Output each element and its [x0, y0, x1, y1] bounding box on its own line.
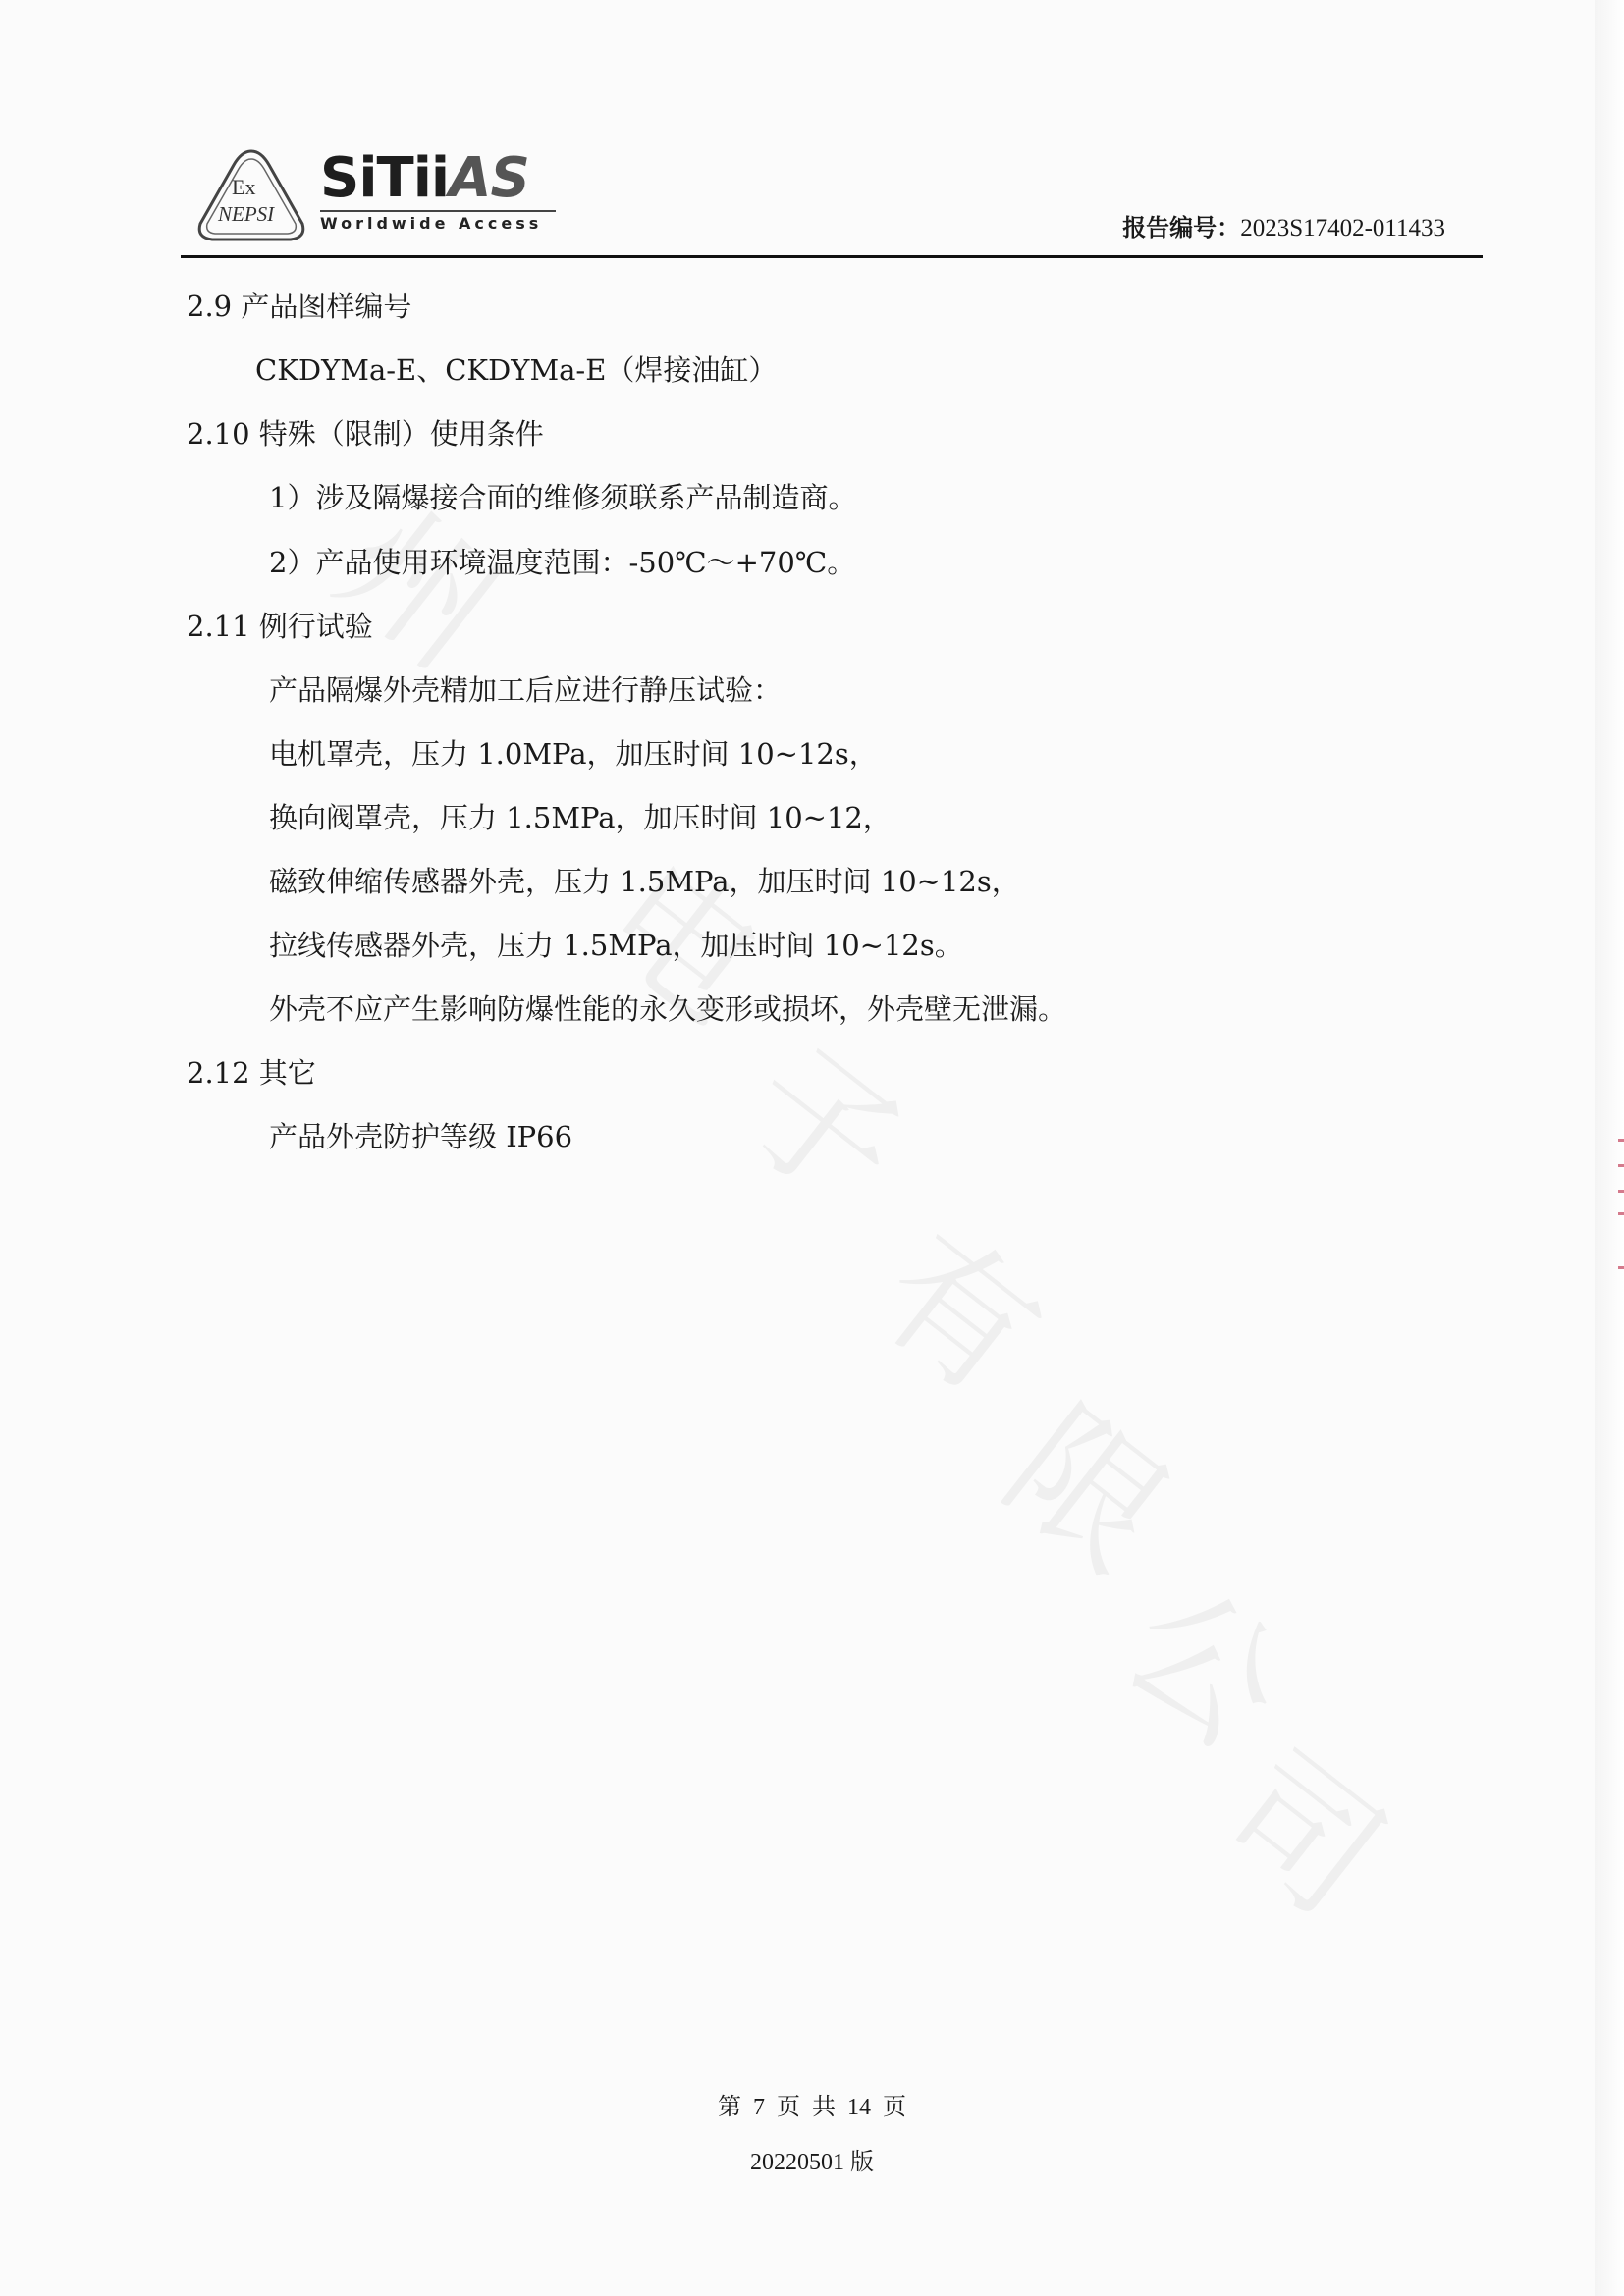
brand-name: SiTiiAS	[320, 151, 556, 206]
seal-edge-marks	[1618, 1139, 1624, 1315]
condition-item-2: 2）产品使用环境温度范围：-50℃～+70℃。	[269, 543, 855, 582]
sitiias-logo: SiTiiAS Worldwide Access	[320, 151, 556, 233]
page-number: 第 7 页 共 14 页	[0, 2087, 1624, 2121]
routine-test-item: 拉线传感器外壳，压力 1.5MPa，加压时间 10~12s。	[269, 926, 963, 965]
report-number-label: 报告编号：	[1122, 214, 1240, 241]
ex-logo-line2: NEPSI	[218, 202, 274, 227]
routine-test-item: 换向阀罩壳，压力 1.5MPa，加压时间 10~12，	[269, 798, 892, 837]
ip-rating: 产品外壳防护等级 IP66	[269, 1117, 572, 1156]
brand-name-main: SiTii	[320, 146, 449, 210]
document-version: 20220501 版	[0, 2142, 1624, 2176]
section-heading-2-12: 2.12 其它	[187, 1053, 316, 1093]
watermark-char: 限	[971, 1352, 1218, 1610]
header-divider	[181, 255, 1483, 258]
section-heading-2-11: 2.11 例行试验	[187, 607, 373, 646]
ex-logo-line1: Ex	[232, 175, 255, 200]
watermark-char: 公	[1089, 1528, 1335, 1787]
routine-test-requirement: 外壳不应产生影响防爆性能的永久变形或损坏，外壳壁无泄漏。	[269, 989, 1066, 1029]
section-heading-2-9: 2.9 产品图样编号	[187, 287, 411, 326]
report-number: 报告编号：2023S17402-011433	[1122, 208, 1445, 242]
section-heading-2-10: 2.10 特殊（限制）使用条件	[187, 414, 544, 454]
brand-rule	[320, 210, 556, 212]
routine-test-intro: 产品隔爆外壳精加工后应进行静压试验：	[269, 670, 782, 710]
routine-test-item: 电机罩壳，压力 1.0MPa，加压时间 10~12s，	[269, 734, 878, 774]
watermark-char: 司	[1187, 1695, 1434, 1953]
drawing-numbers: CKDYMa-E、CKDYMa-E（焊接油缸）	[255, 350, 777, 390]
ex-nepsi-logo: Ex NEPSI	[192, 147, 310, 245]
page-header: Ex NEPSI SiTiiAS Worldwide Access 报告编号：2…	[192, 137, 1483, 257]
watermark-char: 有	[843, 1175, 1090, 1433]
condition-item-1: 1）涉及隔爆接合面的维修须联系产品制造商。	[269, 478, 856, 517]
brand-tagline: Worldwide Access	[320, 214, 556, 233]
routine-test-item: 磁致伸缩传感器外壳，压力 1.5MPa，加压时间 10~12s，	[269, 862, 1020, 901]
brand-name-accent: AS	[449, 146, 529, 210]
company-watermark: 州 电 子 有 限 公 司	[295, 412, 1424, 1934]
report-number-value: 2023S17402-011433	[1240, 215, 1445, 241]
